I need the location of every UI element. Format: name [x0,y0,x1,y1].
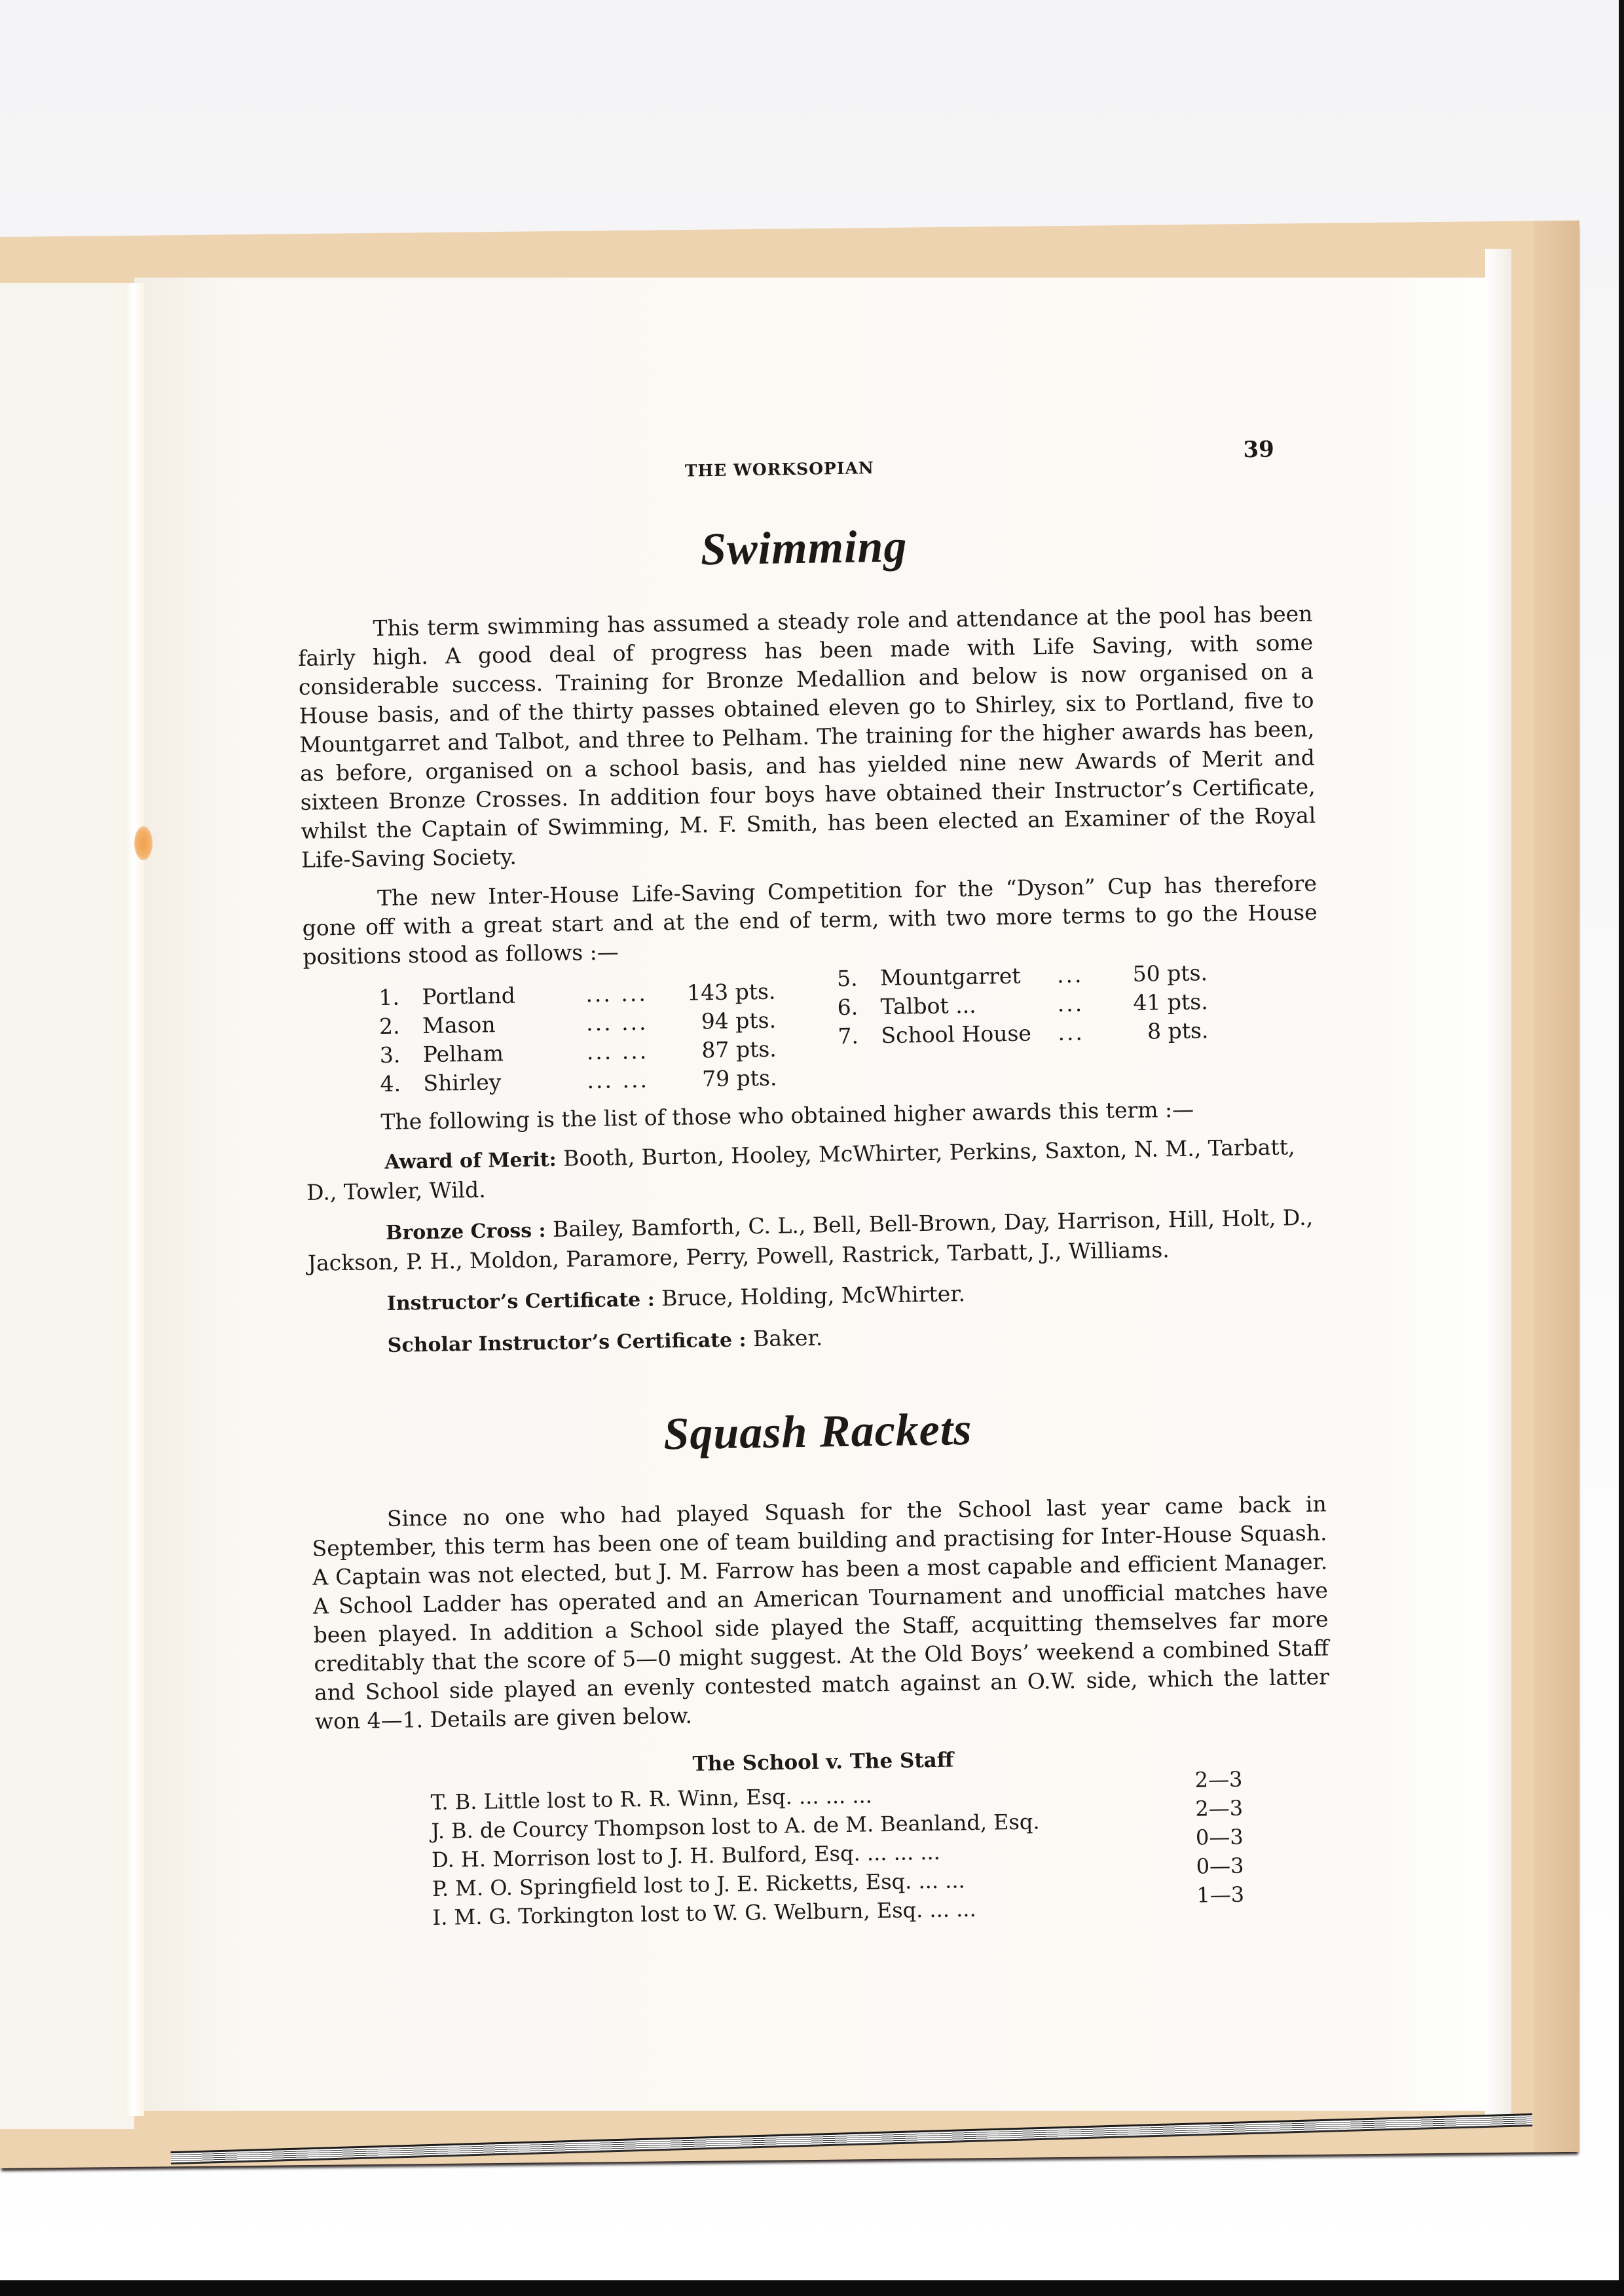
leader-dots: ... [1058,1017,1117,1047]
standings-column-2: 5. Mountgarret ... 50 pts. 6. Talbot ...… [837,958,1232,1091]
standing-points: 94 pts. [684,1006,777,1036]
squash-section: Squash Rackets Since no one who had play… [310,1398,1333,1933]
match-results: T. B. Little lost to R. R. Winn, Esq. ..… [316,1774,1333,1933]
swimming-paragraph-1: This term swimming has assumed a steady … [297,600,1316,875]
standing-house: Mason [422,1009,587,1040]
award-names: Bruce, Holding, McWhirter. [661,1281,965,1311]
leader-dots: ... ... [586,1008,685,1038]
house-standings: 1. Portland ... ... 143 pts. 2. Mason ..… [303,969,1320,1100]
swimming-paragraph-3: The following is the list of those who o… [305,1093,1321,1138]
standing-position: 5. [837,964,881,993]
leader-dots: ... [1057,989,1116,1018]
scan-edge-bottom [0,2280,1624,2296]
standing-position: 1. [378,983,422,1012]
standing-house: School House [881,1019,1058,1050]
leader-dots: ... ... [585,979,684,1009]
award-award-of-merit: Award of Merit: Booth, Burton, Hooley, M… [306,1133,1321,1207]
standing-house: Pelham [422,1038,587,1069]
standing-points: 8 pts. [1116,1016,1209,1046]
leader-dots: ... ... [586,1036,685,1066]
leader-dots: ... ... [587,1065,686,1095]
left-page [0,283,134,2129]
award-label: Instructor’s Certificate : [386,1288,655,1315]
page-content: THE WORKSOPIAN 39 Swimming This term swi… [295,423,1333,1934]
standing-house: Portland [422,980,586,1011]
running-title: THE WORKSOPIAN [685,458,874,481]
swimming-paragraph-2: The new Inter-House Life-Saving Competit… [302,869,1318,972]
standing-position: 6. [837,993,881,1022]
standing-points: 143 pts. [684,977,776,1008]
standing-row: 7. School House ... 8 pts. [838,1016,1231,1051]
scan-edge-right [1619,0,1624,2296]
page-stack-edge [1485,249,1511,2115]
book-gutter [124,283,144,2116]
standing-points: 79 pts. [685,1064,777,1094]
squash-heading: Squash Rackets [310,1398,1325,1466]
award-label: Award of Merit: [384,1148,557,1174]
award-bronze-cross: Bronze Cross : Bailey, Bamforth, C. L., … [307,1203,1323,1278]
leader-dots: ... [1057,960,1116,989]
standing-points: 50 pts. [1116,958,1208,989]
page-number: 39 [1243,437,1274,464]
standing-house: Shirley [423,1066,587,1098]
swimming-heading: Swimming [296,515,1312,583]
standing-position: 4. [380,1069,424,1099]
squash-paragraph-1: Since no one who had played Squash for t… [312,1489,1330,1736]
standing-house: Mountgarret [880,961,1058,993]
orange-stain [134,826,153,860]
standing-house: Talbot ... [880,990,1058,1021]
standing-position: 7. [838,1021,881,1051]
standing-points: 41 pts. [1116,987,1208,1017]
award-scholar-instructors-certificate: Scholar Instructor’s Certificate : Baker… [308,1315,1324,1361]
match-score: 1—3 [1179,1880,1245,1920]
award-instructors-certificate: Instructor’s Certificate : Bruce, Holdin… [308,1273,1323,1319]
standing-position: 3. [379,1040,423,1070]
standing-position: 2. [379,1011,423,1041]
award-names: Baker. [753,1325,823,1352]
standings-column-1: 1. Portland ... ... 143 pts. 2. Mason ..… [378,976,839,1099]
standing-points: 87 pts. [684,1035,777,1065]
award-label: Bronze Cross : [386,1219,546,1245]
swimming-section: Swimming This term swimming has assumed … [296,515,1324,1362]
award-label: Scholar Instructor’s Certificate : [388,1328,747,1357]
